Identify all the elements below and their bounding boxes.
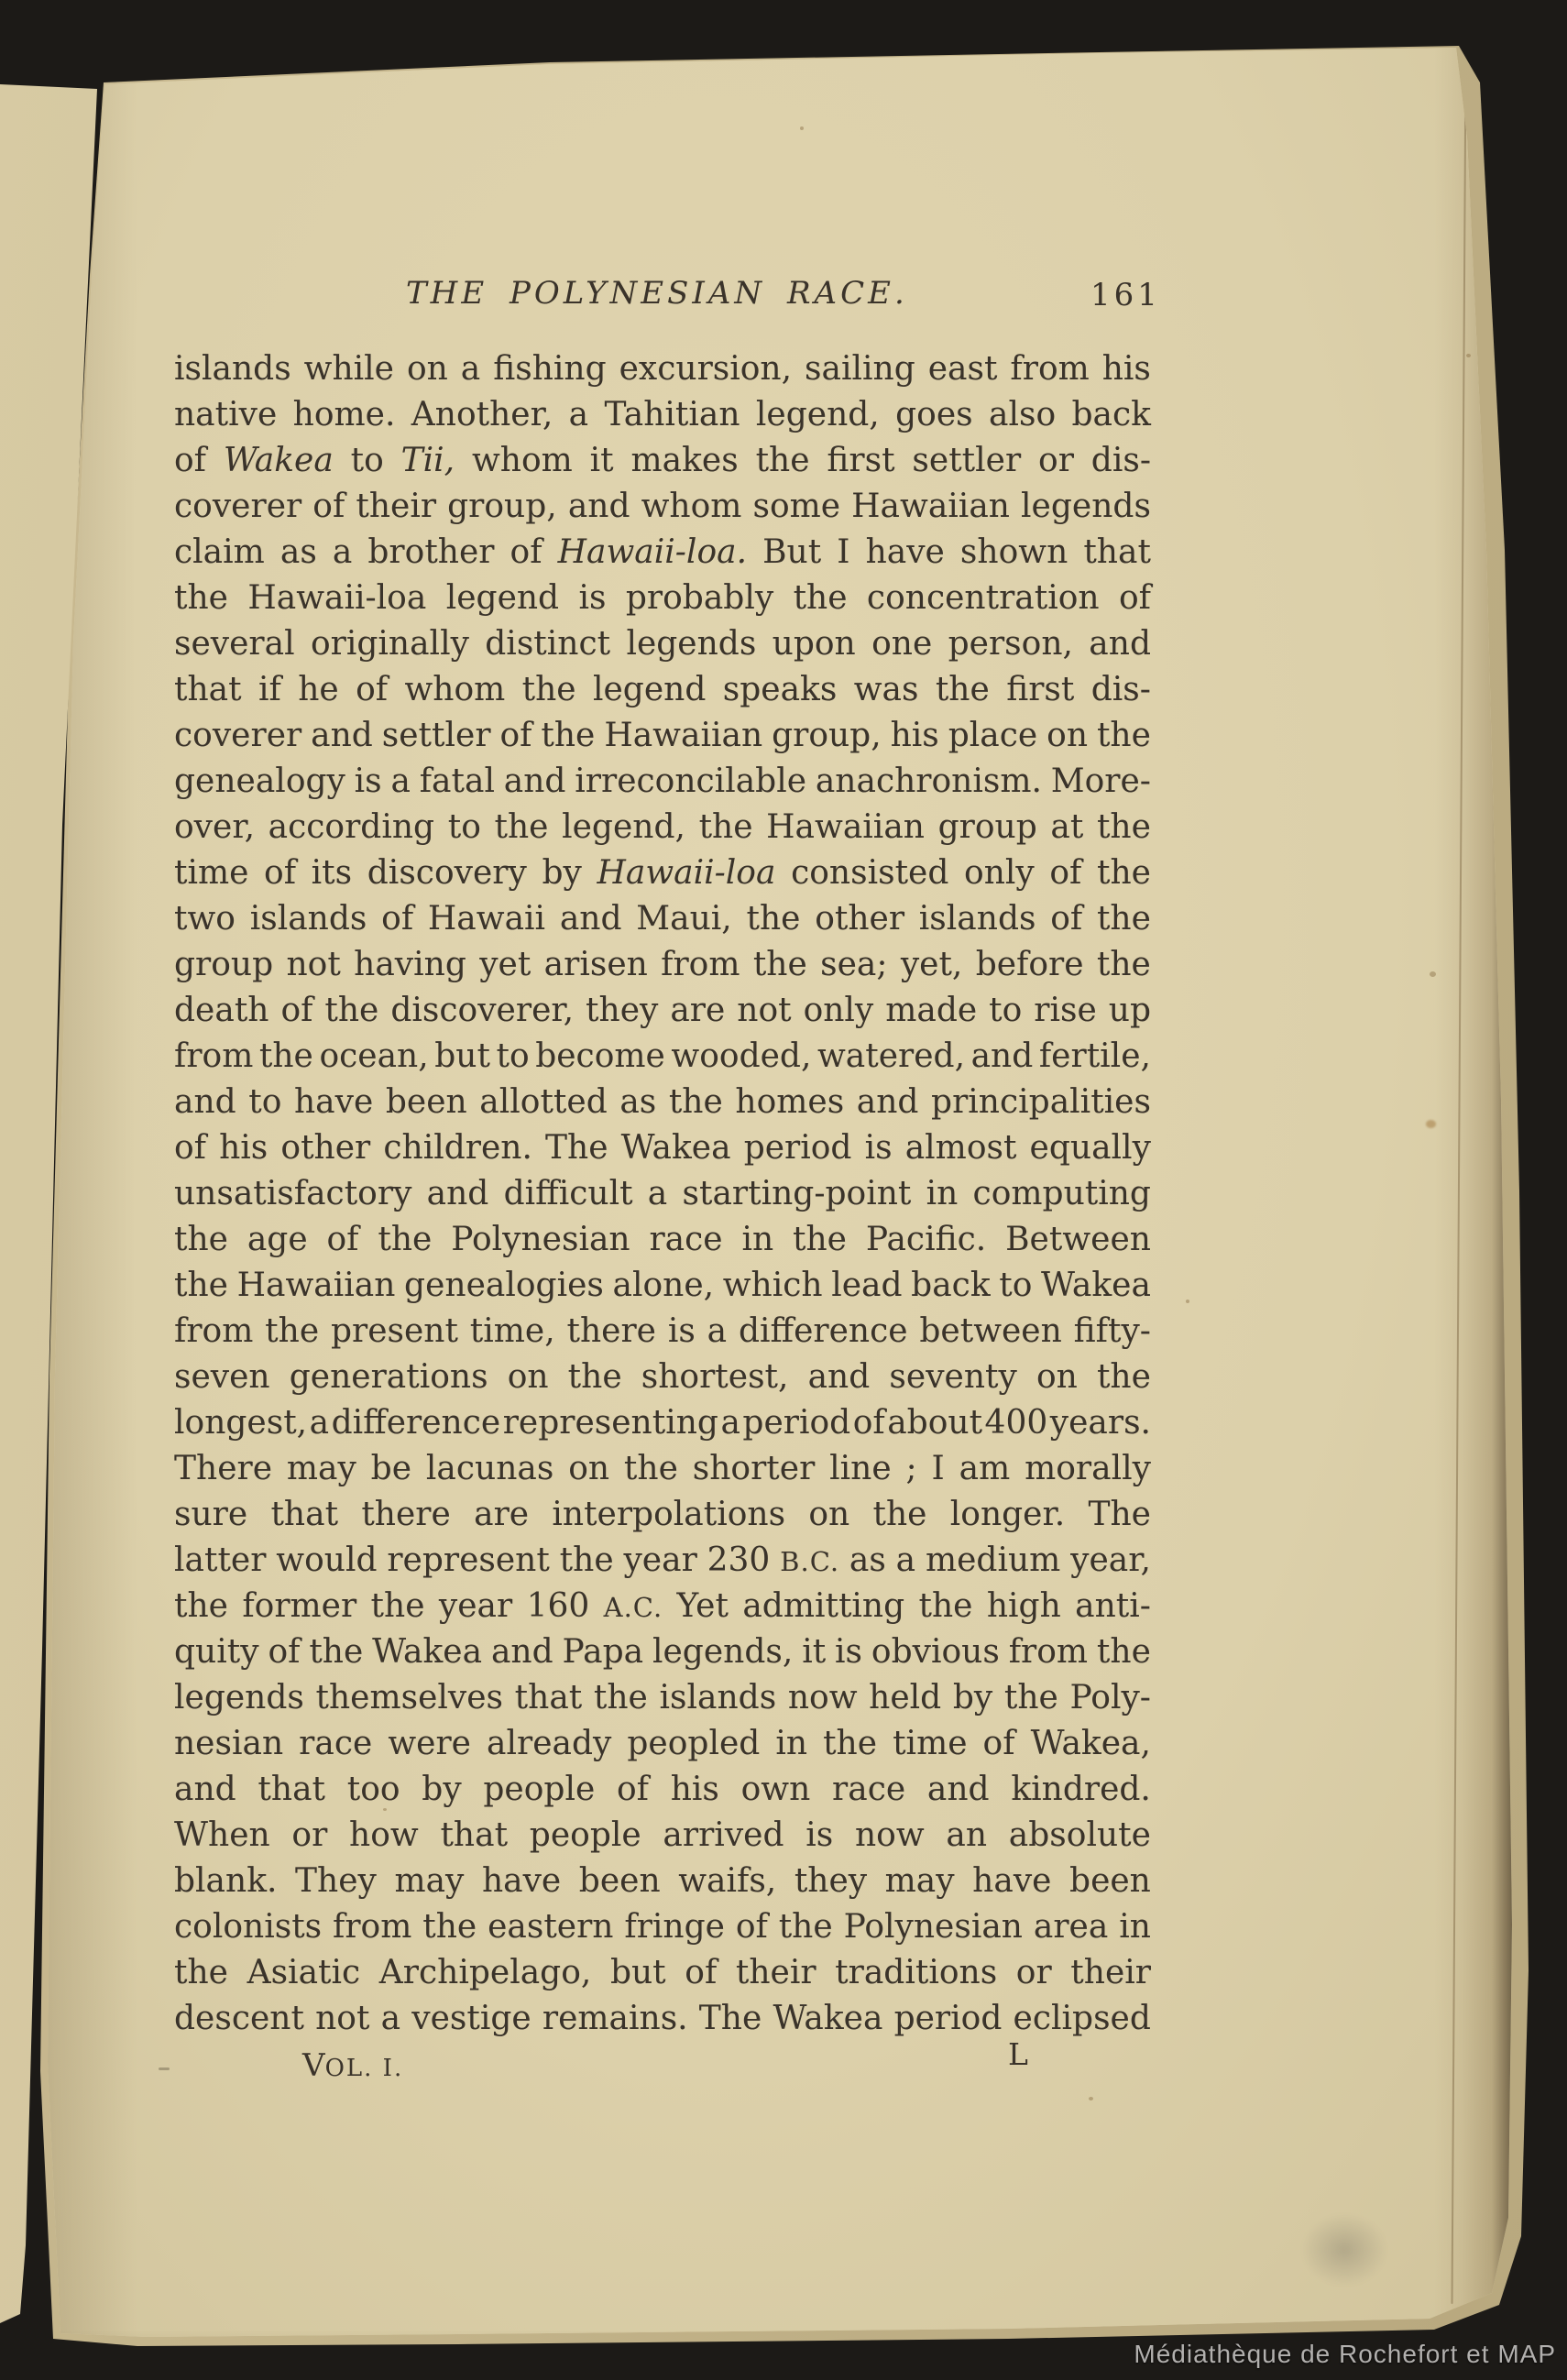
word: been — [1069, 1859, 1151, 1904]
word: the — [378, 1217, 432, 1263]
word: upon — [773, 621, 856, 667]
word: as — [619, 1080, 656, 1125]
word: the — [1097, 713, 1151, 759]
word: and — [427, 1171, 489, 1217]
word: it — [590, 438, 614, 484]
word: fatal — [420, 759, 495, 805]
word: seventy — [889, 1355, 1016, 1400]
signature-mark: L — [1008, 2036, 1028, 2072]
word: Polynesian — [451, 1217, 630, 1263]
word: may — [287, 1446, 356, 1492]
word: group — [174, 942, 273, 988]
word: on — [568, 1446, 609, 1492]
word: a — [648, 1171, 667, 1217]
word: the — [1097, 805, 1151, 850]
word: now — [788, 1675, 858, 1721]
word: how — [349, 1813, 419, 1859]
word: More- — [1051, 759, 1151, 805]
word: islands — [919, 896, 1036, 942]
word: the — [823, 1721, 877, 1767]
word: fishing — [493, 346, 606, 392]
word: ocean, — [319, 1034, 428, 1080]
word: A.C. — [604, 1585, 663, 1630]
word: legend — [446, 576, 559, 621]
word: 230 — [707, 1538, 771, 1584]
word: the — [265, 1309, 319, 1355]
word: the — [919, 1584, 973, 1629]
word: from — [1009, 1629, 1088, 1675]
word: be — [371, 1446, 411, 1492]
word: whom — [472, 438, 573, 484]
word: shown — [960, 530, 1068, 576]
word: nesian — [174, 1721, 283, 1767]
word: from — [333, 1904, 411, 1950]
word: islands — [250, 896, 367, 942]
word: to — [248, 1080, 281, 1125]
word: the — [568, 1355, 622, 1400]
text-line: thatifheofwhomthelegendspeakswasthefirst… — [174, 667, 1151, 713]
text-line: blank.Theymayhavebeenwaifs,theymayhavebe… — [174, 1859, 1151, 1904]
word: longest, — [174, 1400, 307, 1446]
text-line: quityoftheWakeaandPapalegends,itisobviou… — [174, 1629, 1151, 1675]
word: group, — [772, 713, 882, 759]
word: fertile, — [1039, 1034, 1151, 1080]
word: other — [280, 1125, 370, 1171]
word: brother — [367, 530, 494, 576]
word: the — [174, 1217, 228, 1263]
word: on — [808, 1492, 849, 1538]
word: absolute — [1009, 1813, 1151, 1859]
word: the — [756, 438, 810, 484]
word: the — [1097, 896, 1151, 942]
text-line: unsatisfactoryanddifficultastarting-poin… — [174, 1171, 1151, 1217]
word: their — [1070, 1950, 1151, 1996]
word: am — [959, 1446, 1011, 1492]
word: in — [1119, 1904, 1151, 1950]
word: genealogies — [404, 1263, 604, 1309]
word: dis- — [1091, 667, 1151, 713]
word: blank. — [174, 1859, 277, 1904]
word: native — [174, 392, 277, 438]
word: descent — [174, 1996, 304, 2042]
word: were — [388, 1721, 471, 1767]
word: of — [685, 1950, 717, 1996]
word: Hawaii-loa — [247, 576, 426, 621]
word: two — [174, 896, 236, 942]
word: The — [545, 1125, 608, 1171]
word: period — [894, 1996, 1003, 2042]
word: eclipsed — [1014, 1996, 1151, 2042]
word: of — [327, 1217, 359, 1263]
word: several — [174, 621, 295, 667]
word: is — [668, 1309, 696, 1355]
word: they — [586, 988, 658, 1034]
text-line: sevengenerationsontheshortest,andseventy… — [174, 1355, 1151, 1400]
word: former — [242, 1584, 356, 1629]
word: waifs, — [678, 1859, 776, 1904]
word: the — [174, 1584, 228, 1629]
word: that — [270, 1492, 338, 1538]
word: is — [865, 1125, 893, 1171]
word: the — [259, 1034, 313, 1080]
word: and — [568, 484, 630, 530]
word: But — [762, 530, 821, 576]
word: the — [669, 1080, 723, 1125]
word: year — [623, 1538, 696, 1584]
word: Wakea — [773, 1996, 882, 2042]
word: Wakea — [372, 1629, 482, 1675]
word: the — [422, 1904, 477, 1950]
word: and — [971, 1034, 1034, 1080]
word: claim — [174, 530, 265, 576]
word: of — [499, 713, 531, 759]
word: difference — [332, 1400, 501, 1446]
word: have — [866, 530, 945, 576]
word: but — [434, 1034, 490, 1080]
word: group — [938, 805, 1037, 850]
word: on — [508, 1355, 549, 1400]
word: of — [617, 1767, 649, 1813]
word: first — [1006, 667, 1074, 713]
word: a — [461, 346, 480, 392]
word: the — [541, 713, 595, 759]
word: time — [174, 850, 248, 896]
text-line: theHawaii-loalegendisprobablytheconcentr… — [174, 576, 1151, 621]
word: equally — [1030, 1125, 1151, 1171]
word: distinct — [485, 621, 610, 667]
word: goes — [895, 392, 973, 438]
word: wooded, — [671, 1034, 811, 1080]
word: Wakea — [621, 1125, 731, 1171]
word: lead — [831, 1263, 902, 1309]
word: the — [324, 988, 378, 1034]
word: his — [1102, 346, 1151, 392]
word: to — [448, 805, 481, 850]
word: as — [280, 530, 317, 576]
word: There — [174, 1446, 272, 1492]
word: and — [311, 713, 373, 759]
pencil-dash — [159, 2067, 170, 2070]
word: of — [983, 1721, 1015, 1767]
word: of — [1049, 850, 1081, 896]
word: they — [794, 1859, 867, 1904]
word: Hawaiian — [237, 1263, 396, 1309]
word: a — [707, 1309, 727, 1355]
word: of — [312, 484, 345, 530]
word: is — [578, 576, 606, 621]
word: the — [495, 805, 549, 850]
word: of — [736, 1904, 768, 1950]
scanned-book-photo: { "document": { "header": { "title": "TH… — [0, 0, 1567, 2380]
word: only — [804, 988, 874, 1034]
word: not — [287, 942, 341, 988]
text-line: timeofitsdiscoverybyHawaii-loaconsistedo… — [174, 850, 1151, 896]
word: Wakea, — [1031, 1721, 1151, 1767]
word: arisen — [544, 942, 648, 988]
word: legend, — [562, 805, 685, 850]
word: his — [219, 1125, 268, 1171]
word: irreconcilable — [575, 759, 806, 805]
word: the — [699, 805, 753, 850]
word: people — [530, 1813, 641, 1859]
text-line: nativehome.Another,aTahitianlegend,goesa… — [174, 392, 1151, 438]
word: from — [174, 1034, 253, 1080]
word: represent — [387, 1538, 550, 1584]
word: that — [174, 667, 242, 713]
word: Hawaiian — [851, 484, 1010, 530]
word: anti- — [1075, 1584, 1151, 1629]
word: Wakea — [1041, 1263, 1151, 1309]
text-line: andthattoobypeopleofhisownraceandkindred… — [174, 1767, 1151, 1813]
word: yet — [479, 942, 531, 988]
word: of — [356, 667, 388, 713]
word: themselves — [316, 1675, 504, 1721]
word: of — [174, 438, 206, 484]
word: group, — [447, 484, 557, 530]
word: Hawaiian — [766, 805, 925, 850]
word: and — [1089, 621, 1151, 667]
word: that — [258, 1767, 325, 1813]
word: not — [315, 1996, 369, 2042]
word: difference — [739, 1309, 908, 1355]
word: Hawaiian — [604, 713, 762, 759]
word: or — [291, 1813, 327, 1859]
word: generations — [290, 1355, 488, 1400]
word: that — [440, 1813, 508, 1859]
word: ; — [906, 1446, 917, 1492]
word: if — [258, 667, 281, 713]
word: speaks — [723, 667, 838, 713]
word: there — [567, 1309, 656, 1355]
word: time — [893, 1721, 967, 1767]
text-line: islandswhileonafishingexcursion,sailinge… — [174, 346, 1151, 392]
word: colonists — [174, 1904, 322, 1950]
word: his — [891, 713, 939, 759]
word: and — [174, 1767, 236, 1813]
word: a — [333, 530, 352, 576]
text-line: twoislandsofHawaiiandMaui,theotherisland… — [174, 896, 1151, 942]
word: admitting — [742, 1584, 904, 1629]
word: When — [174, 1813, 270, 1859]
word: coverer — [174, 484, 301, 530]
word: Hawaii — [428, 896, 545, 942]
word: too — [347, 1767, 400, 1813]
word: have — [294, 1080, 373, 1125]
word: obvious — [871, 1629, 1000, 1675]
word: their — [736, 1950, 816, 1996]
book-page: THE POLYNESIAN RACE. 161 islandswhileona… — [0, 0, 1567, 2380]
text-line: nesianracewerealreadypeopledinthetimeofW… — [174, 1721, 1151, 1767]
word: Hawaii-loa — [597, 850, 775, 896]
word: the — [1097, 850, 1151, 896]
foxing-speck — [1186, 1300, 1189, 1303]
text-line: ofhisotherchildren.TheWakeaperiodisalmos… — [174, 1125, 1151, 1171]
word: been — [386, 1080, 467, 1125]
word: already — [487, 1721, 611, 1767]
text-line: groupnothavingyetarisenfromthesea;yet,be… — [174, 942, 1151, 988]
word: legends — [174, 1675, 304, 1721]
word: the — [794, 576, 848, 621]
text-line: covereroftheirgroup,andwhomsomeHawaiianl… — [174, 484, 1151, 530]
word: may — [394, 1859, 464, 1904]
word: anachronism. — [816, 759, 1042, 805]
word: vestige — [411, 1996, 531, 2042]
text-line: Theremaybelacunasontheshorterline;Iammor… — [174, 1446, 1151, 1492]
word: genealogy — [174, 759, 345, 805]
word: Yet — [677, 1584, 729, 1629]
word: the — [174, 1950, 228, 1996]
word: lacunas — [426, 1446, 553, 1492]
page-number: 161 — [1090, 277, 1161, 313]
word: only — [964, 850, 1035, 896]
word: and — [504, 759, 566, 805]
word: arrived — [663, 1813, 783, 1859]
word: their — [356, 484, 436, 530]
text-line: genealogyisafatalandirreconcilableanachr… — [174, 759, 1151, 805]
word: allotted — [479, 1080, 607, 1125]
word: that — [515, 1675, 583, 1721]
word: interpolations — [552, 1492, 785, 1538]
word: race — [832, 1767, 905, 1813]
word: Poly- — [1070, 1675, 1151, 1721]
word: yet, — [901, 942, 963, 988]
word: makes — [631, 438, 739, 484]
word: Archipelago, — [379, 1950, 592, 1996]
word: in — [926, 1171, 959, 1217]
word: the — [371, 1584, 425, 1629]
word: year, — [1070, 1538, 1151, 1584]
text-line: covererandsettleroftheHawaiiangroup,hisp… — [174, 713, 1151, 759]
word: fringe — [624, 1904, 725, 1950]
word: in — [775, 1721, 807, 1767]
word: children. — [383, 1125, 532, 1171]
word: discoverer, — [390, 988, 574, 1034]
word: Papa — [563, 1629, 644, 1675]
word: are — [670, 988, 725, 1034]
word: watered, — [817, 1034, 965, 1080]
volume-rest: OL. I. — [325, 2055, 404, 2082]
word: over, — [174, 805, 255, 850]
word: The — [1088, 1492, 1151, 1538]
word: period — [744, 1125, 852, 1171]
word: probably — [626, 576, 773, 621]
word: person, — [948, 621, 1073, 667]
word: traditions — [835, 1950, 997, 1996]
word: dis- — [1091, 438, 1151, 484]
word: death — [174, 988, 268, 1034]
body-text: islandswhileonafishingexcursion,sailinge… — [174, 346, 1151, 2042]
word: one — [871, 621, 932, 667]
word: Tahitian — [605, 392, 740, 438]
word: the — [624, 1446, 678, 1492]
word: and — [808, 1355, 871, 1400]
word: race — [299, 1721, 372, 1767]
word: area — [1034, 1904, 1108, 1950]
word: the — [309, 1629, 363, 1675]
word: by — [953, 1675, 992, 1721]
word: it — [802, 1629, 826, 1675]
word: representing — [503, 1400, 718, 1446]
text-line: theHawaiiangenealogiesalone,whichleadbac… — [174, 1263, 1151, 1309]
word: of — [268, 1629, 300, 1675]
word: legends, — [652, 1629, 793, 1675]
word: about — [887, 1400, 982, 1446]
word: kindred. — [1011, 1767, 1151, 1813]
word: medium — [926, 1538, 1060, 1584]
word: settler — [382, 713, 491, 759]
word: a — [720, 1400, 740, 1446]
word: the — [793, 1217, 847, 1263]
word: have — [482, 1859, 561, 1904]
word: is — [805, 1813, 833, 1859]
word: back — [1072, 392, 1151, 438]
word: sea; — [820, 942, 887, 988]
word: own — [741, 1767, 811, 1813]
text-line: latterwouldrepresenttheyear230B.C.asamed… — [174, 1538, 1151, 1584]
word: seven — [174, 1355, 270, 1400]
text-line: claimasabrotherofHawaii-loa.ButIhaveshow… — [174, 530, 1151, 576]
word: and — [927, 1767, 990, 1813]
word: also — [989, 392, 1056, 438]
word: having — [354, 942, 466, 988]
word: time, — [470, 1309, 555, 1355]
word: to — [989, 988, 1022, 1034]
word: legends — [626, 621, 756, 667]
word: age — [247, 1217, 308, 1263]
running-header-title: THE POLYNESIAN RACE. — [406, 275, 908, 312]
word: according — [268, 805, 434, 850]
word: by — [542, 850, 581, 896]
word: by — [422, 1767, 461, 1813]
word: the — [522, 667, 576, 713]
foxing-speck — [1089, 2097, 1093, 2100]
word: the — [1097, 1355, 1151, 1400]
word: sure — [174, 1492, 247, 1538]
word: would — [276, 1538, 377, 1584]
word: latter — [174, 1538, 266, 1584]
text-line: longest,adifferencerepresentingaperiodof… — [174, 1400, 1151, 1446]
text-line: legendsthemselvesthattheislandsnowheldby… — [174, 1675, 1151, 1721]
word: an — [946, 1813, 987, 1859]
word: consisted — [791, 850, 948, 896]
word: fifty- — [1074, 1309, 1151, 1355]
word: held — [869, 1675, 941, 1721]
word: back — [911, 1263, 990, 1309]
word: principalities — [931, 1080, 1151, 1125]
word: and — [491, 1629, 553, 1675]
word: people — [483, 1767, 595, 1813]
word: the — [174, 1263, 228, 1309]
word: the — [746, 896, 800, 942]
word: high — [987, 1584, 1061, 1629]
text-line: theAsiaticArchipelago,butoftheirtraditio… — [174, 1950, 1151, 1996]
word: settler — [912, 438, 1021, 484]
word: of — [264, 850, 296, 896]
word: and — [857, 1080, 919, 1125]
word: the — [560, 1538, 614, 1584]
word: have — [972, 1859, 1051, 1904]
word: years. — [1050, 1400, 1151, 1446]
word: whom — [641, 484, 742, 530]
word: longer. — [950, 1492, 1065, 1538]
word: he — [298, 667, 339, 713]
word: home. — [293, 392, 396, 438]
text-line: fromthepresenttime,thereisadifferencebet… — [174, 1309, 1151, 1355]
word: of — [1050, 896, 1082, 942]
word: shorter — [693, 1446, 816, 1492]
word: made — [885, 988, 977, 1034]
word: 160 — [527, 1584, 590, 1629]
